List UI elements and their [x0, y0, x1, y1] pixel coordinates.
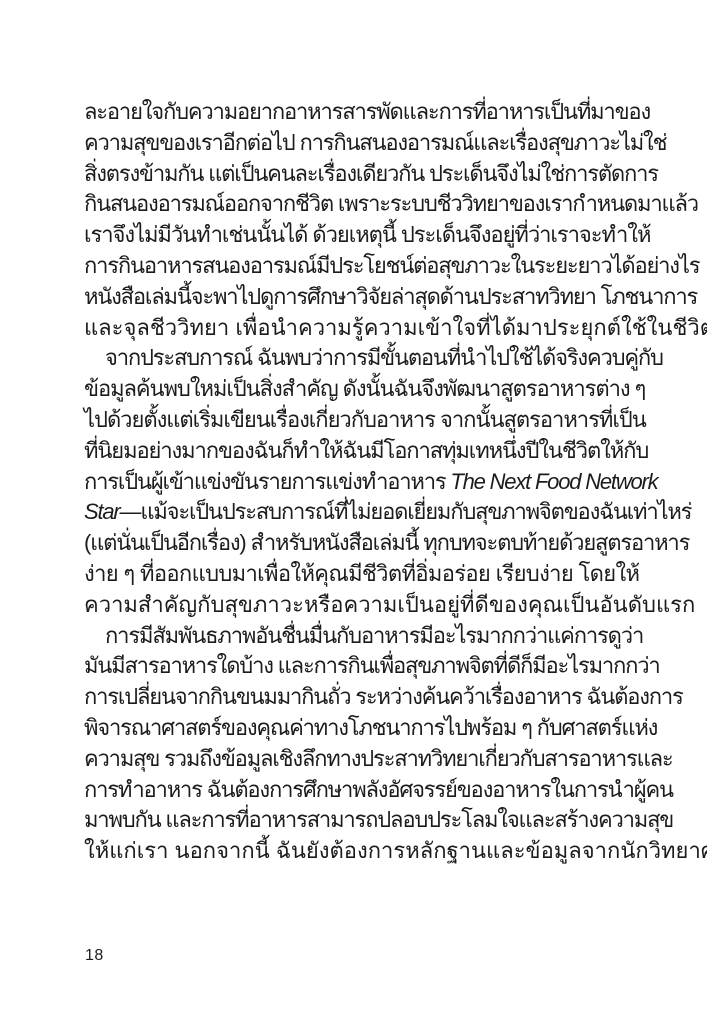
- text-run: ความสุขของเราอีกต่อไป การกินสนองอารมณ์แล…: [84, 130, 666, 155]
- text-line-content: มาพบกัน และการที่อาหารสามารถปลอบประโลมใจ…: [84, 805, 673, 836]
- book-page: ละอายใจกับความอยากอาหารสารพัดและการที่อา…: [0, 0, 707, 1024]
- text-run: ความสำคัญกับสุขภาวะหรือความเป็นอยู่ที่ดี…: [84, 592, 695, 617]
- text-line: ไปด้วยตั้งแต่เริ่มเขียนเรื่องเกี่ยวกับอา…: [84, 405, 628, 436]
- text-line-content: (แต่นั่นเป็นอีกเรื่อง) สำหรับหนังสือเล่ม…: [84, 528, 689, 559]
- text-run: มาพบกัน และการที่อาหารสามารถปลอบประโลมใจ…: [84, 807, 673, 832]
- text-run: แม้จะเป็นประสบการณ์ที่ไม่ยอดเยี่ยมกับสุข…: [140, 499, 691, 524]
- text-line-content: เราจึงไม่มีวันทำเช่นนั้นได้ ด้วยเหตุนี้ …: [84, 220, 650, 251]
- italic-text-run: Star—: [84, 499, 140, 524]
- text-line: (แต่นั่นเป็นอีกเรื่อง) สำหรับหนังสือเล่ม…: [84, 528, 628, 559]
- text-line-content: ไปด้วยตั้งแต่เริ่มเขียนเรื่องเกี่ยวกับอา…: [84, 405, 646, 436]
- text-line: สิ่งตรงข้ามกัน แต่เป็นคนละเรื่องเดียวกัน…: [84, 159, 628, 190]
- text-run: ละอายใจกับความอยากอาหารสารพัดและการที่อา…: [84, 99, 650, 124]
- text-line: ข้อมูลค้นพบใหม่เป็นสิ่งสำคัญ ดังนั้นฉันจ…: [84, 374, 628, 405]
- text-line-content: มันมีสารอาหารใดบ้าง และการกินเพื่อสุขภาพ…: [84, 651, 660, 682]
- text-line-content: ง่าย ๆ ที่ออกแบบมาเพื่อให้คุณมีชีวิตที่อ…: [84, 559, 639, 590]
- text-line-content: ที่นิยมอย่างมากของฉันก็ทำให้ฉันมีโอกาสทุ…: [84, 436, 648, 467]
- text-line-content: หนังสือเล่มนี้จะพาไปดูการศึกษาวิจัยล่าสุ…: [84, 282, 697, 313]
- text-line-content: ให้แก่เรา นอกจากนี้ ฉันยังต้องการหลักฐาน…: [84, 836, 707, 867]
- text-run: มันมีสารอาหารใดบ้าง และการกินเพื่อสุขภาพ…: [84, 653, 660, 678]
- text-line: และจุลชีววิทยา เพื่อนำความรู้ความเข้าใจท…: [84, 313, 628, 344]
- text-line-content: จากประสบการณ์ ฉันพบว่าการมีขั้นตอนที่นำไ…: [84, 343, 663, 374]
- text-line: Star—แม้จะเป็นประสบการณ์ที่ไม่ยอดเยี่ยมก…: [84, 497, 628, 528]
- text-line-content: ความสุข รวมถึงข้อมูลเชิงลึกทางประสาทวิทย…: [84, 744, 673, 775]
- text-run: ให้แก่เรา นอกจากนี้ ฉันยังต้องการหลักฐาน…: [84, 838, 707, 863]
- text-run: และจุลชีววิทยา เพื่อนำความรู้ความเข้าใจท…: [84, 315, 707, 340]
- text-line-content: การเปลี่ยนจากกินขนมมากินถั่ว ระหว่างค้นค…: [84, 682, 683, 713]
- text-line: ความสำคัญกับสุขภาวะหรือความเป็นอยู่ที่ดี…: [84, 590, 628, 621]
- text-line-content: การมีสัมพันธภาพอันชื่นมื่นกับอาหารมีอะไร…: [84, 621, 643, 652]
- italic-text-run: The Next Food Network: [450, 469, 657, 494]
- text-run: จากประสบการณ์ ฉันพบว่าการมีขั้นตอนที่นำไ…: [105, 345, 663, 370]
- text-run: การกินอาหารสนองอารมณ์มีประโยชน์ต่อสุขภาว…: [84, 253, 699, 278]
- text-line-content: การเป็นผู้เข้าแข่งขันรายการแข่งทำอาหาร T…: [84, 467, 658, 498]
- text-line: กินสนองอารมณ์ออกจากชีวิต เพราะระบบชีววิท…: [84, 189, 628, 220]
- text-line: ง่าย ๆ ที่ออกแบบมาเพื่อให้คุณมีชีวิตที่อ…: [84, 559, 628, 590]
- text-line: มันมีสารอาหารใดบ้าง และการกินเพื่อสุขภาพ…: [84, 651, 628, 682]
- text-line: พิจารณาศาสตร์ของคุณค่าทางโภชนาการไปพร้อม…: [84, 713, 628, 744]
- text-line: เราจึงไม่มีวันทำเช่นนั้นได้ ด้วยเหตุนี้ …: [84, 220, 628, 251]
- text-line: การมีสัมพันธภาพอันชื่นมื่นกับอาหารมีอะไร…: [84, 621, 628, 652]
- text-run: ข้อมูลค้นพบใหม่เป็นสิ่งสำคัญ ดังนั้นฉันจ…: [84, 376, 645, 401]
- text-line: ความสุขของเราอีกต่อไป การกินสนองอารมณ์แล…: [84, 128, 628, 159]
- text-line: จากประสบการณ์ ฉันพบว่าการมีขั้นตอนที่นำไ…: [84, 343, 628, 374]
- text-run: ไปด้วยตั้งแต่เริ่มเขียนเรื่องเกี่ยวกับอา…: [84, 407, 646, 432]
- text-run: การเปลี่ยนจากกินขนมมากินถั่ว ระหว่างค้นค…: [84, 684, 683, 709]
- text-line-content: การทำอาหาร ฉันต้องการศึกษาพลังอัศจรรย์ขอ…: [84, 775, 673, 806]
- text-line: การเป็นผู้เข้าแข่งขันรายการแข่งทำอาหาร T…: [84, 467, 628, 498]
- body-text: ละอายใจกับความอยากอาหารสารพัดและการที่อา…: [84, 97, 628, 867]
- text-run: พิจารณาศาสตร์ของคุณค่าทางโภชนาการไปพร้อม…: [84, 715, 657, 740]
- text-run: (แต่นั่นเป็นอีกเรื่อง) สำหรับหนังสือเล่ม…: [84, 530, 689, 555]
- text-line: ความสุข รวมถึงข้อมูลเชิงลึกทางประสาทวิทย…: [84, 744, 628, 775]
- text-line-content: การกินอาหารสนองอารมณ์มีประโยชน์ต่อสุขภาว…: [84, 251, 699, 282]
- text-line: ละอายใจกับความอยากอาหารสารพัดและการที่อา…: [84, 97, 628, 128]
- text-line: หนังสือเล่มนี้จะพาไปดูการศึกษาวิจัยล่าสุ…: [84, 282, 628, 313]
- text-line: การทำอาหาร ฉันต้องการศึกษาพลังอัศจรรย์ขอ…: [84, 775, 628, 806]
- text-line: มาพบกัน และการที่อาหารสามารถปลอบประโลมใจ…: [84, 805, 628, 836]
- text-line-content: กินสนองอารมณ์ออกจากชีวิต เพราะระบบชีววิท…: [84, 189, 698, 220]
- text-line: ที่นิยมอย่างมากของฉันก็ทำให้ฉันมีโอกาสทุ…: [84, 436, 628, 467]
- text-line-content: ละอายใจกับความอยากอาหารสารพัดและการที่อา…: [84, 97, 650, 128]
- text-run: ที่นิยมอย่างมากของฉันก็ทำให้ฉันมีโอกาสทุ…: [84, 438, 648, 463]
- text-line-content: และจุลชีววิทยา เพื่อนำความรู้ความเข้าใจท…: [84, 313, 707, 344]
- text-run: กินสนองอารมณ์ออกจากชีวิต เพราะระบบชีววิท…: [84, 191, 698, 216]
- text-run: การมีสัมพันธภาพอันชื่นมื่นกับอาหารมีอะไร…: [105, 623, 643, 648]
- text-line-content: ข้อมูลค้นพบใหม่เป็นสิ่งสำคัญ ดังนั้นฉันจ…: [84, 374, 645, 405]
- text-line: ให้แก่เรา นอกจากนี้ ฉันยังต้องการหลักฐาน…: [84, 836, 628, 867]
- text-line-content: พิจารณาศาสตร์ของคุณค่าทางโภชนาการไปพร้อม…: [84, 713, 657, 744]
- text-run: หนังสือเล่มนี้จะพาไปดูการศึกษาวิจัยล่าสุ…: [84, 284, 697, 309]
- page-number: 18: [85, 946, 104, 966]
- text-line: การเปลี่ยนจากกินขนมมากินถั่ว ระหว่างค้นค…: [84, 682, 628, 713]
- text-line-content: สิ่งตรงข้ามกัน แต่เป็นคนละเรื่องเดียวกัน…: [84, 159, 658, 190]
- text-run: ง่าย ๆ ที่ออกแบบมาเพื่อให้คุณมีชีวิตที่อ…: [84, 561, 639, 586]
- text-run: สิ่งตรงข้ามกัน แต่เป็นคนละเรื่องเดียวกัน…: [84, 161, 658, 186]
- text-line-content: ความสำคัญกับสุขภาวะหรือความเป็นอยู่ที่ดี…: [84, 590, 695, 621]
- text-line-content: Star—แม้จะเป็นประสบการณ์ที่ไม่ยอดเยี่ยมก…: [84, 497, 691, 528]
- text-line: การกินอาหารสนองอารมณ์มีประโยชน์ต่อสุขภาว…: [84, 251, 628, 282]
- text-run: การเป็นผู้เข้าแข่งขันรายการแข่งทำอาหาร: [84, 469, 450, 494]
- text-line-content: ความสุขของเราอีกต่อไป การกินสนองอารมณ์แล…: [84, 128, 666, 159]
- text-run: เราจึงไม่มีวันทำเช่นนั้นได้ ด้วยเหตุนี้ …: [84, 222, 650, 247]
- text-run: ความสุข รวมถึงข้อมูลเชิงลึกทางประสาทวิทย…: [84, 746, 673, 771]
- text-run: การทำอาหาร ฉันต้องการศึกษาพลังอัศจรรย์ขอ…: [84, 777, 673, 802]
